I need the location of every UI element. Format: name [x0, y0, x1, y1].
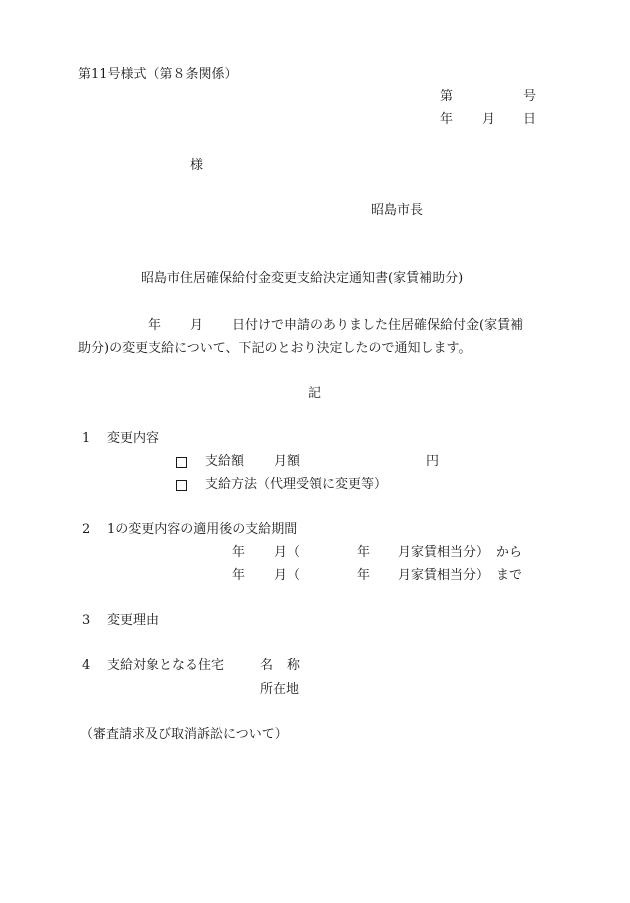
body-month: 月: [190, 318, 203, 334]
period-from-year2: 年: [357, 545, 370, 561]
section-2-number: 2: [82, 522, 90, 538]
payment-amount-checkbox[interactable]: [176, 454, 188, 470]
section-3-heading: 変更理由: [107, 613, 159, 629]
section-4-heading: 支給対象となる住宅: [107, 658, 224, 674]
body-line-2: 助分)の変更支給について、下記のとおり決定したので通知します。: [78, 341, 472, 357]
body-year: 年: [148, 318, 161, 334]
section-3-number: 3: [82, 613, 90, 629]
date-month: 月: [482, 112, 495, 128]
ki-heading: 記: [308, 386, 321, 402]
period-to-suffix: まで: [496, 568, 522, 584]
period-from-year: 年: [232, 545, 245, 561]
period-to-year2: 年: [357, 568, 370, 584]
checkbox-icon: [176, 457, 187, 468]
payment-amount-label: 支給額: [205, 454, 244, 470]
payment-method-label: 支給方法（代理受領に変更等）: [205, 477, 387, 493]
payment-method-checkbox[interactable]: [176, 477, 188, 493]
doc-number-prefix: 第: [440, 89, 453, 105]
doc-number-suffix: 号: [523, 89, 536, 105]
period-to-year: 年: [232, 568, 245, 584]
document-title: 昭島市住居確保給付金変更支給決定通知書(家賃補助分): [141, 271, 463, 287]
form-number: 第11号様式（第８条関係）: [78, 67, 238, 83]
issuer: 昭島市長: [371, 203, 423, 219]
monthly-amount-label: 月額: [274, 454, 300, 470]
period-from-month: 月（: [274, 545, 300, 561]
period-from-suffix: から: [496, 545, 522, 561]
housing-name-label-b: 称: [287, 658, 300, 674]
checkbox-icon: [176, 480, 187, 491]
section-2-heading: 1の変更内容の適用後の支給期間: [107, 522, 297, 538]
section-1-heading: 変更内容: [107, 431, 159, 447]
housing-name-label-a: 名: [260, 658, 273, 674]
yen-unit: 円: [426, 454, 439, 470]
date-year: 年: [440, 112, 453, 128]
appeal-note: （審査請求及び取消訴訟について）: [80, 727, 288, 743]
section-4-number: 4: [82, 658, 90, 674]
period-from-rest: 月家賃相当分）: [398, 545, 489, 561]
period-to-month: 月（: [274, 568, 300, 584]
addressee-suffix: 様: [190, 158, 203, 174]
body-line-1: 日付けで申請のありました住居確保給付金(家賃補: [232, 318, 523, 334]
date-day: 日: [523, 112, 536, 128]
section-1-number: 1: [82, 431, 90, 447]
housing-address-label: 所在地: [260, 682, 299, 698]
period-to-rest: 月家賃相当分）: [398, 568, 489, 584]
